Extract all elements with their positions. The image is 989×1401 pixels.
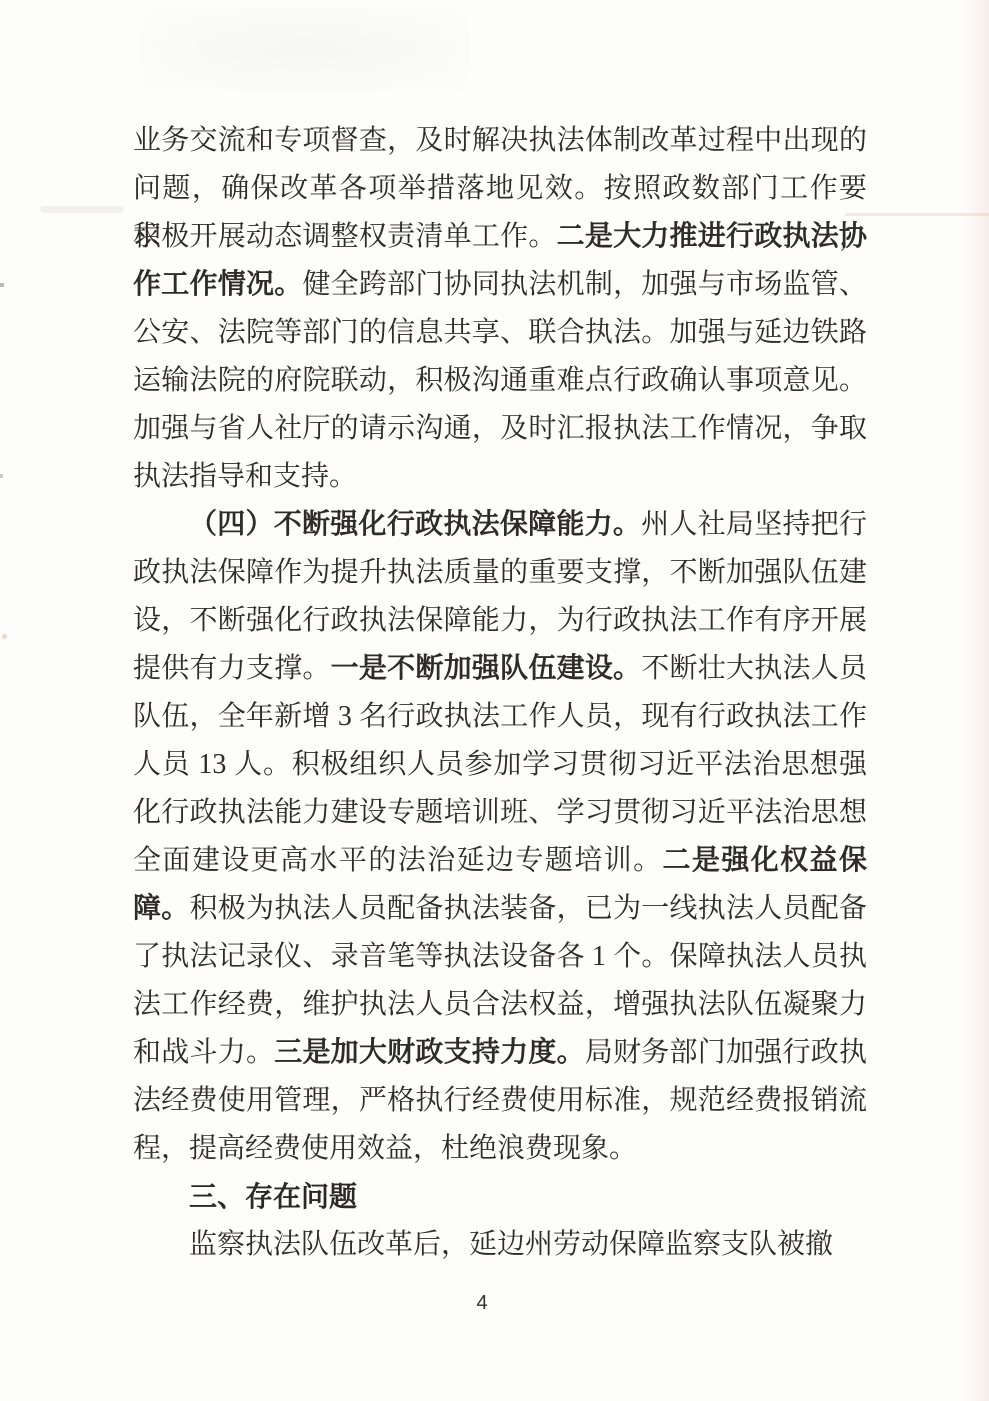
scan-artifact-tick xyxy=(0,283,4,287)
body-line: 法经费使用管理，严格执行经费使用标准，规范经费报销流 xyxy=(133,1077,867,1125)
section-heading-text: 三、存在问题 xyxy=(189,1181,357,1212)
line-text: 队伍，全年新增 3 名行政执法工作人员，现有行政执法工作 xyxy=(133,701,867,732)
body-line: 问题，确保改革各项举措落地见效。按照政数部门工作要求， xyxy=(133,165,867,213)
line-text: 和战斗力。 xyxy=(133,1037,274,1068)
body-line: 公安、法院等部门的信息共享、联合执法。加强与延边铁路 xyxy=(133,309,867,357)
body-line: 监察执法队伍改革后，延边州劳动保障监察支队被撤 xyxy=(133,1221,867,1269)
line-text: 设，不断强化行政执法保障能力，为行政执法工作有序开展 xyxy=(133,605,867,636)
body-line: 执法指导和支持。 xyxy=(133,453,867,501)
line-text: 监察执法队伍改革后，延边州劳动保障监察支队被撤 xyxy=(189,1229,833,1260)
line-text: 人员 13 人。积极组织人员参加学习贯彻习近平法治思想强 xyxy=(133,749,867,780)
body-line: 政执法保障作为提升执法质量的重要支撑，不断加强队伍建 xyxy=(133,549,867,597)
line-text: 政执法保障作为提升执法质量的重要支撑，不断加强队伍建 xyxy=(133,557,867,588)
body-line: 提供有力支撑。一是不断加强队伍建设。不断壮大执法人员 xyxy=(133,645,867,693)
body-line: 程，提高经费使用效益，杜绝浪费现象。 xyxy=(133,1125,867,1173)
line-text: 业务交流和专项督查，及时解决执法体制改革过程中出现的 xyxy=(133,125,867,156)
line-text-bold: 二是强化权益保 xyxy=(662,845,867,876)
line-text: 不断壮大执法人员 xyxy=(641,653,867,684)
line-text: 了执法记录仪、录音笔等执法设备各 1 个。保障执法人员执 xyxy=(133,941,867,972)
line-text: 法经费使用管理，严格执行经费使用标准，规范经费报销流 xyxy=(133,1085,867,1116)
body-text: 业务交流和专项督查，及时解决执法体制改革过程中出现的 问题，确保改革各项举措落地… xyxy=(133,117,867,1269)
body-line: 法工作经费，维护执法人员合法权益，增强执法队伍凝聚力 xyxy=(133,981,867,1029)
line-text-bold: 作工作情况。 xyxy=(133,269,302,300)
line-text-bold: 三是加大财政支持力度。 xyxy=(274,1037,585,1068)
body-line: 业务交流和专项督查，及时解决执法体制改革过程中出现的 xyxy=(133,117,867,165)
scan-artifact-smudge-top xyxy=(140,8,470,92)
body-line: 积极开展动态调整权责清单工作。二是大力推进行政执法协 xyxy=(133,213,867,261)
body-line: 人员 13 人。积极组织人员参加学习贯彻习近平法治思想强 xyxy=(133,741,867,789)
line-text: 积极开展动态调整权责清单工作。 xyxy=(133,221,557,252)
body-line: 运输法院的府院联动，积极沟通重难点行政确认事项意见。 xyxy=(133,357,867,405)
line-text: 全面建设更高水平的法治延边专题培训。 xyxy=(133,845,662,876)
line-text: 执法指导和支持。 xyxy=(133,461,357,492)
body-line: 全面建设更高水平的法治延边专题培训。二是强化权益保 xyxy=(133,837,867,885)
line-text-bold: 二是大力推进行政执法协 xyxy=(557,221,867,252)
line-text: 局财务部门加强行政执 xyxy=(585,1037,867,1068)
line-text: 化行政执法能力建设专题培训班、学习贯彻习近平法治思想 xyxy=(133,797,867,828)
line-text: 公安、法院等部门的信息共享、联合执法。加强与延边铁路 xyxy=(133,317,867,348)
body-line: 障。积极为执法人员配备执法装备，已为一线执法人员配备 xyxy=(133,885,867,933)
body-line: 作工作情况。健全跨部门协同执法机制，加强与市场监管、 xyxy=(133,261,867,309)
scan-artifact-edge-tint xyxy=(963,0,989,1401)
scan-artifact-dot xyxy=(2,634,7,639)
body-line: 和战斗力。三是加大财政支持力度。局财务部门加强行政执 xyxy=(133,1029,867,1077)
line-text-bold: （四）不断强化行政执法保障能力。 xyxy=(189,509,641,540)
body-line: 加强与省人社厅的请示沟通，及时汇报执法工作情况，争取 xyxy=(133,405,867,453)
body-line: 队伍，全年新增 3 名行政执法工作人员，现有行政执法工作 xyxy=(133,693,867,741)
scan-artifact-tick xyxy=(0,474,3,478)
page-number: 4 xyxy=(0,1292,964,1315)
scan-artifact-smudge-left xyxy=(40,206,124,213)
line-text: 健全跨部门协同执法机制，加强与市场监管、 xyxy=(302,269,867,300)
line-text: 加强与省人社厅的请示沟通，及时汇报执法工作情况，争取 xyxy=(133,413,867,444)
body-line: 设，不断强化行政执法保障能力，为行政执法工作有序开展 xyxy=(133,597,867,645)
line-text-bold: 障。 xyxy=(133,893,189,924)
section-heading: 三、存在问题 xyxy=(133,1173,867,1221)
line-text-bold: 一是不断加强队伍建设。 xyxy=(331,653,642,684)
line-text: 提供有力支撑。 xyxy=(133,653,331,684)
document-page: 业务交流和专项督查，及时解决执法体制改革过程中出现的 问题，确保改革各项举措落地… xyxy=(0,0,989,1401)
body-line: 化行政执法能力建设专题培训班、学习贯彻习近平法治思想 xyxy=(133,789,867,837)
body-line: （四）不断强化行政执法保障能力。州人社局坚持把行 xyxy=(133,501,867,549)
line-text: 法工作经费，维护执法人员合法权益，增强执法队伍凝聚力 xyxy=(133,989,867,1020)
line-text: 运输法院的府院联动，积极沟通重难点行政确认事项意见。 xyxy=(133,365,867,396)
line-text: 程，提高经费使用效益，杜绝浪费现象。 xyxy=(133,1133,637,1164)
body-line: 了执法记录仪、录音笔等执法设备各 1 个。保障执法人员执 xyxy=(133,933,867,981)
line-text: 州人社局坚持把行 xyxy=(641,509,867,540)
line-text: 积极为执法人员配备执法装备，已为一线执法人员配备 xyxy=(189,893,867,924)
